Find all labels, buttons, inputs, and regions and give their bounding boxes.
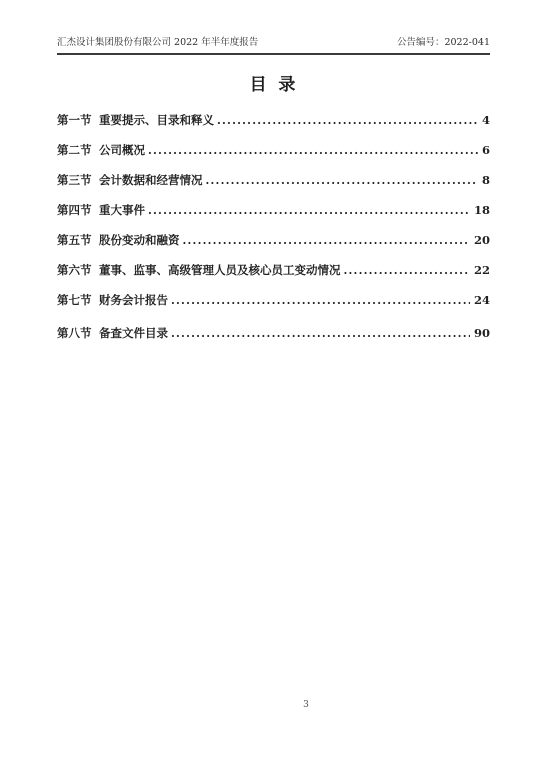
toc-page-number: 20	[474, 233, 490, 247]
toc-entry-title: 会计数据和经营情况	[99, 172, 203, 188]
toc-section-label: 第三节	[57, 172, 99, 188]
toc-section-label: 第六节	[57, 262, 99, 278]
toc-section-label: 第四节	[57, 202, 99, 218]
toc-page-number: 18	[474, 203, 490, 217]
toc-dot-leader	[171, 294, 470, 307]
toc-dot-leader	[148, 204, 470, 217]
table-of-contents: 第一节 重要提示、目录和释义 4 第二节 公司概况 6 第三节 会计数据和经营情…	[57, 106, 490, 346]
toc-entry: 第八节 备查文件目录 90	[57, 316, 490, 346]
toc-entry-title: 董事、监事、高级管理人员及核心员工变动情况	[99, 262, 341, 278]
toc-entry: 第四节 重大事件 18	[57, 196, 490, 226]
toc-section-label: 第七节	[57, 292, 99, 308]
page-header: 汇杰设计集团股份有限公司 2022 年半年度报告 公告编号：2022-041	[57, 34, 490, 55]
header-report-title: 汇杰设计集团股份有限公司 2022 年半年度报告	[57, 34, 258, 48]
toc-entry-title: 备查文件目录	[99, 325, 168, 341]
toc-entry-title: 重大事件	[99, 202, 145, 218]
toc-entry-title: 公司概况	[99, 142, 145, 158]
toc-dot-leader	[344, 264, 470, 277]
toc-section-label: 第一节	[57, 112, 99, 128]
toc-entry: 第七节 财务会计报告 24	[57, 286, 490, 316]
toc-dot-leader	[217, 114, 478, 127]
toc-page-number: 4	[482, 113, 490, 127]
page-title: 目 录	[0, 70, 545, 95]
toc-section-label: 第八节	[57, 325, 99, 341]
toc-entry: 第五节 股份变动和融资 20	[57, 226, 490, 256]
toc-entry-title: 重要提示、目录和释义	[99, 112, 214, 128]
toc-page-number: 90	[474, 326, 490, 340]
header-announcement-number: 公告编号：2022-041	[397, 34, 490, 48]
toc-entry: 第三节 会计数据和经营情况 8	[57, 166, 490, 196]
toc-section-label: 第二节	[57, 142, 99, 158]
toc-dot-leader	[171, 327, 470, 340]
toc-entry-title: 财务会计报告	[99, 292, 168, 308]
toc-dot-leader	[206, 174, 478, 187]
toc-dot-leader	[183, 234, 470, 247]
toc-page-number: 22	[474, 263, 490, 277]
toc-page-number: 24	[474, 293, 490, 307]
toc-entry: 第一节 重要提示、目录和释义 4	[57, 106, 490, 136]
toc-dot-leader	[148, 144, 478, 157]
report-page: 汇杰设计集团股份有限公司 2022 年半年度报告 公告编号：2022-041 目…	[0, 0, 545, 771]
toc-entry: 第六节 董事、监事、高级管理人员及核心员工变动情况 22	[57, 256, 490, 286]
toc-entry-title: 股份变动和融资	[99, 232, 180, 248]
toc-section-label: 第五节	[57, 232, 99, 248]
toc-entry: 第二节 公司概况 6	[57, 136, 490, 166]
toc-page-number: 6	[482, 143, 490, 157]
toc-page-number: 8	[482, 173, 490, 187]
footer-page-number: 3	[303, 700, 309, 710]
